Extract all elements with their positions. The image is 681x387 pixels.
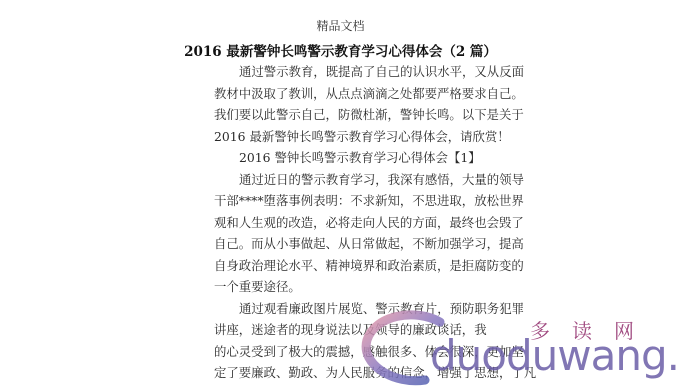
text-line: 自己。而从小事做起、从日常做起，不断加强学习，提高 xyxy=(214,233,476,255)
watermark-en: duoduwang.com xyxy=(430,331,681,380)
text-line: 自身政治理论水平、精神境界和政治素质，是拒腐防变的 xyxy=(214,255,476,277)
text-line: 观和人生观的改造，必将走向人民的方面，最终也会毁了 xyxy=(214,212,476,234)
document-page: 精品文档 2016 最新警钟长鸣警示教育学习心得体会（2 篇） 通过警示教育，既… xyxy=(0,0,681,387)
text-line: 通过近日的警示教育学习，我深有感悟，大量的领导 xyxy=(214,169,476,191)
document-title: 2016 最新警钟长鸣警示教育学习心得体会（2 篇） xyxy=(0,40,681,60)
text-line: 一个重要途径。 xyxy=(214,276,476,298)
text-line: 2016 最新警钟长鸣警示教育学习心得体会，请欣赏！ xyxy=(214,126,476,148)
watermark: 多读网 duoduwang.com xyxy=(430,305,681,387)
text-line: 通过警示教育，既提高了自己的认识水平，又从反面 xyxy=(214,61,476,83)
text-line: 教材中汲取了教训，从点点滴滴之处都要严格要求自己。 xyxy=(214,83,476,105)
page-header: 精品文档 xyxy=(0,17,681,34)
text-line: 干部****堕落事例表明：不求新知，不思进取，放松世界 xyxy=(214,190,476,212)
section-heading: 2016 警钟长鸣警示教育学习心得体会【1】 xyxy=(214,147,476,169)
text-line: 我们要以此警示自己，防微杜渐，警钟长鸣。以下是关于 xyxy=(214,104,476,126)
